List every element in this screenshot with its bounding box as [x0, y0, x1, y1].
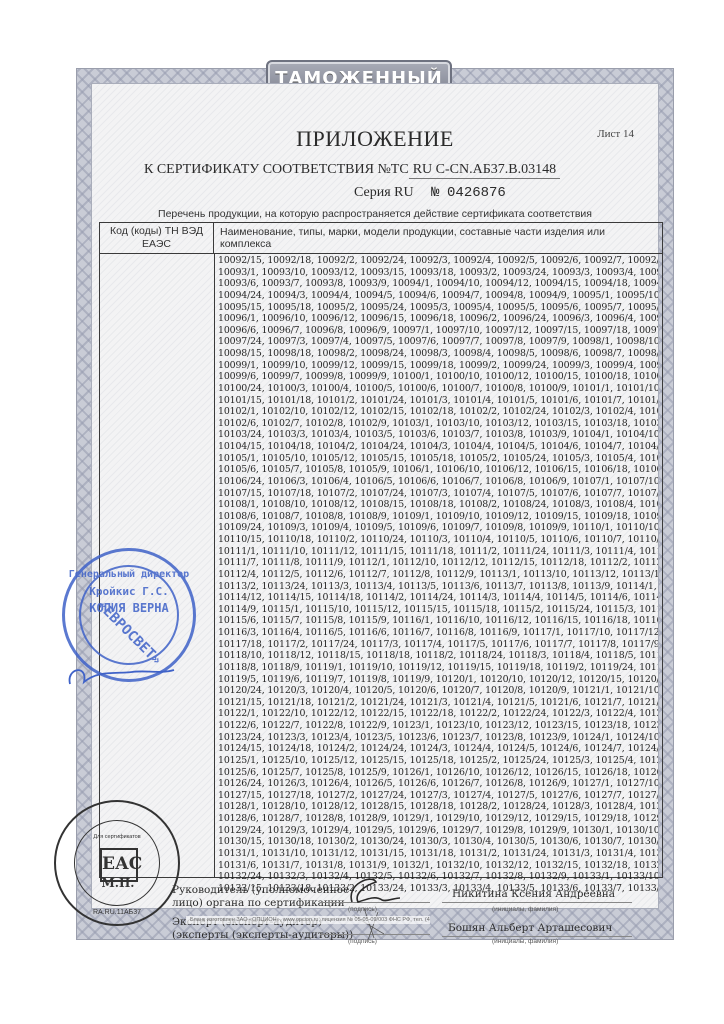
applicant-signature: [62, 660, 182, 700]
code-row: 10122/1, 10122/10, 10122/12, 10122/15, 1…: [218, 708, 658, 720]
header-name: Наименование, типы, марки, модели продук…: [220, 226, 658, 250]
code-row: 10108/1, 10108/10, 10108/12, 10108/15, 1…: [218, 499, 658, 511]
code-row: 10120/24, 10120/3, 10120/4, 10120/5, 101…: [218, 685, 658, 697]
code-row: 10110/15, 10110/18, 10110/2, 10110/24, 1…: [218, 534, 658, 546]
stamp-line-3: КОПИЯ ВЕРНА: [65, 601, 193, 615]
serial-number: 0426876: [447, 185, 506, 201]
certificate-body: Лист 14 ПРИЛОЖЕНИЕ К СЕРТИФИКАТУ СООТВЕТ…: [92, 84, 658, 908]
code-row: 10117/18, 10117/2, 10117/24, 10117/3, 10…: [218, 639, 658, 651]
code-row: 10093/6, 10093/7, 10093/8, 10093/9, 1009…: [218, 278, 658, 290]
code-row: 10095/15, 10095/18, 10095/2, 10095/24, 1…: [218, 302, 658, 314]
certification-body-stamp: Для сертификатов ЕАС М.П. RA.RU.11АБ37: [54, 800, 180, 926]
code-row: 10099/6, 10099/7, 10099/8, 10099/9, 1010…: [218, 371, 658, 383]
product-table: Код (коды) ТН ВЭД ЕАЭС Наименование, тип…: [99, 222, 663, 878]
code-row: 10114/12, 10114/15, 10114/18, 10114/2, 1…: [218, 592, 658, 604]
code-row: 10128/1, 10128/10, 10128/12, 10128/15, 1…: [218, 801, 658, 813]
code-row: 10113/2, 10113/24, 10113/3, 10113/4, 101…: [218, 581, 658, 593]
code-row: 10118/8, 10118/9, 10119/1, 10119/10, 101…: [218, 662, 658, 674]
certificate-frame: ТАМОЖЕННЫЙ СОЮЗ Лист 14 ПРИЛОЖЕНИЕ К СЕР…: [76, 68, 674, 940]
code-row: 10098/15, 10098/18, 10098/2, 10098/24, 1…: [218, 348, 658, 360]
code-row: 10121/15, 10121/18, 10121/2, 10121/24, 1…: [218, 697, 658, 709]
product-codes-cell: 10092/15, 10092/18, 10092/2, 10092/24, 1…: [218, 255, 658, 894]
code-row: 10123/24, 10123/3, 10123/4, 10123/5, 101…: [218, 732, 658, 744]
code-row: 10094/24, 10094/3, 10094/4, 10094/5, 100…: [218, 290, 658, 302]
form-microtext: Бланк изготовлен ЗАО «ОПЦИОН», www.opcio…: [186, 916, 430, 924]
code-row: 10107/15, 10107/18, 10107/2, 10107/24, 1…: [218, 488, 658, 500]
expert-name-line: [442, 936, 632, 937]
code-row: 10131/1, 10131/10, 10131/12, 10131/15, 1…: [218, 848, 658, 860]
code-row: 10124/15, 10124/18, 10124/2, 10124/24, 1…: [218, 743, 658, 755]
code-row: 10112/4, 10112/5, 10112/6, 10112/7, 1011…: [218, 569, 658, 581]
stamp-inner-ring: [79, 565, 179, 665]
code-row: 10097/24, 10097/3, 10097/4, 10097/5, 100…: [218, 336, 658, 348]
code-row: 10131/6, 10131/7, 10131/8, 10131/9, 1013…: [218, 860, 658, 872]
serial-label: №: [431, 185, 439, 201]
cert-prefix: К СЕРТИФИКАТУ СООТВЕТСТВИЯ: [144, 162, 374, 177]
head-label-line-1: Руководитель (уполномоченное: [172, 884, 349, 897]
code-row: 10116/3, 10116/4, 10116/5, 10116/6, 1011…: [218, 627, 658, 639]
code-row: 10132/24, 10132/3, 10132/4, 10132/5, 101…: [218, 871, 658, 883]
code-row: 10100/24, 10100/3, 10100/4, 10100/5, 101…: [218, 383, 658, 395]
code-row: 10108/6, 10108/7, 10108/8, 10108/9, 1010…: [218, 511, 658, 523]
code-row: 10101/15, 10101/18, 10101/2, 10101/24, 1…: [218, 395, 658, 407]
code-row: 10128/6, 10128/7, 10128/8, 10128/9, 1012…: [218, 813, 658, 825]
code-row: 10102/6, 10102/7, 10102/8, 10102/9, 1010…: [218, 418, 658, 430]
code-row: 10102/1, 10102/10, 10102/12, 10102/15, 1…: [218, 406, 658, 418]
series-reference: Серия RU № 0426876: [354, 185, 506, 201]
table-caption: Перечень продукции, на которую распростр…: [92, 208, 658, 220]
code-row: 10103/24, 10103/3, 10103/4, 10103/5, 101…: [218, 429, 658, 441]
code-row: 10130/15, 10130/18, 10130/2, 10130/24, 1…: [218, 836, 658, 848]
series-label: Серия: [354, 185, 391, 200]
stamp-mp: М.П.: [98, 876, 138, 890]
head-label: Руководитель (уполномоченное лицо) орган…: [172, 884, 349, 910]
code-row: 10092/15, 10092/18, 10092/2, 10092/24, 1…: [218, 255, 658, 267]
code-row: 10125/6, 10125/7, 10125/8, 10125/9, 1012…: [218, 767, 658, 779]
code-row: 10119/5, 10119/6, 10119/7, 10119/8, 1011…: [218, 674, 658, 686]
head-name-hint: (инициалы, фамилия): [492, 906, 558, 913]
code-row: 10105/6, 10105/7, 10105/8, 10105/9, 1010…: [218, 464, 658, 476]
code-row: 10122/6, 10122/7, 10122/8, 10122/9, 1012…: [218, 720, 658, 732]
code-row: 10114/9, 10115/1, 10115/10, 10115/12, 10…: [218, 604, 658, 616]
stamp-line-1: Генеральный директор: [35, 569, 223, 580]
cert-number: RU C-CN.АБ37.В.03148: [409, 162, 560, 179]
code-row: 10105/1, 10105/10, 10105/12, 10105/15, 1…: [218, 453, 658, 465]
certificate-reference: К СЕРТИФИКАТУ СООТВЕТСТВИЯ №ТСRU C-CN.АБ…: [144, 162, 560, 179]
code-row: 10106/24, 10106/3, 10106/4, 10106/5, 101…: [218, 476, 658, 488]
document-title: ПРИЛОЖЕНИЕ: [92, 126, 658, 152]
code-row: 10109/24, 10109/3, 10109/4, 10109/5, 101…: [218, 522, 658, 534]
code-row: 10099/1, 10099/10, 10099/12, 10099/15, 1…: [218, 360, 658, 372]
code-row: 10093/1, 10093/10, 10093/12, 10093/15, 1…: [218, 267, 658, 279]
code-row: 10111/1, 10111/10, 10111/12, 10111/15, 1…: [218, 546, 658, 558]
code-row: 10127/15, 10127/18, 10127/2, 10127/24, 1…: [218, 790, 658, 802]
code-row: 10115/6, 10115/7, 10115/8, 10115/9, 1011…: [218, 615, 658, 627]
code-row: 10096/6, 10096/7, 10096/8, 10096/9, 1009…: [218, 325, 658, 337]
code-row: 10096/1, 10096/10, 10096/12, 10096/15, 1…: [218, 313, 658, 325]
expert-name: Бошян Альберт Арташесович: [448, 922, 612, 935]
handwritten-signature: [324, 872, 414, 942]
code-row: 10129/24, 10129/3, 10129/4, 10129/5, 101…: [218, 825, 658, 837]
head-name-line: [442, 902, 632, 903]
code-row: 10118/10, 10118/12, 10118/15, 10118/18, …: [218, 650, 658, 662]
column-divider: [214, 253, 215, 877]
head-label-line-2: лицо) органа по сертификации: [172, 897, 349, 910]
code-row: 10126/24, 10126/3, 10126/4, 10126/5, 101…: [218, 778, 658, 790]
expert-name-hint: (инициалы, фамилия): [492, 938, 558, 945]
cert-no-label: №ТС: [377, 162, 408, 177]
series-value: RU: [394, 185, 413, 200]
head-name: Никитина Ксения Андреевна: [452, 888, 615, 901]
stamp-accreditation: RA.RU.11АБ37: [56, 909, 178, 916]
header-code: Код (коды) ТН ВЭД ЕАЭС: [100, 223, 214, 253]
code-row: 10111/7, 10111/8, 10111/9, 10112/1, 1011…: [218, 557, 658, 569]
stamp-small-text: Для сертификатов: [92, 834, 142, 840]
table-header: Код (коды) ТН ВЭД ЕАЭС Наименование, тип…: [100, 223, 662, 254]
code-row: 10125/1, 10125/10, 10125/12, 10125/15, 1…: [218, 755, 658, 767]
code-row: 10104/15, 10104/18, 10104/2, 10104/24, 1…: [218, 441, 658, 453]
